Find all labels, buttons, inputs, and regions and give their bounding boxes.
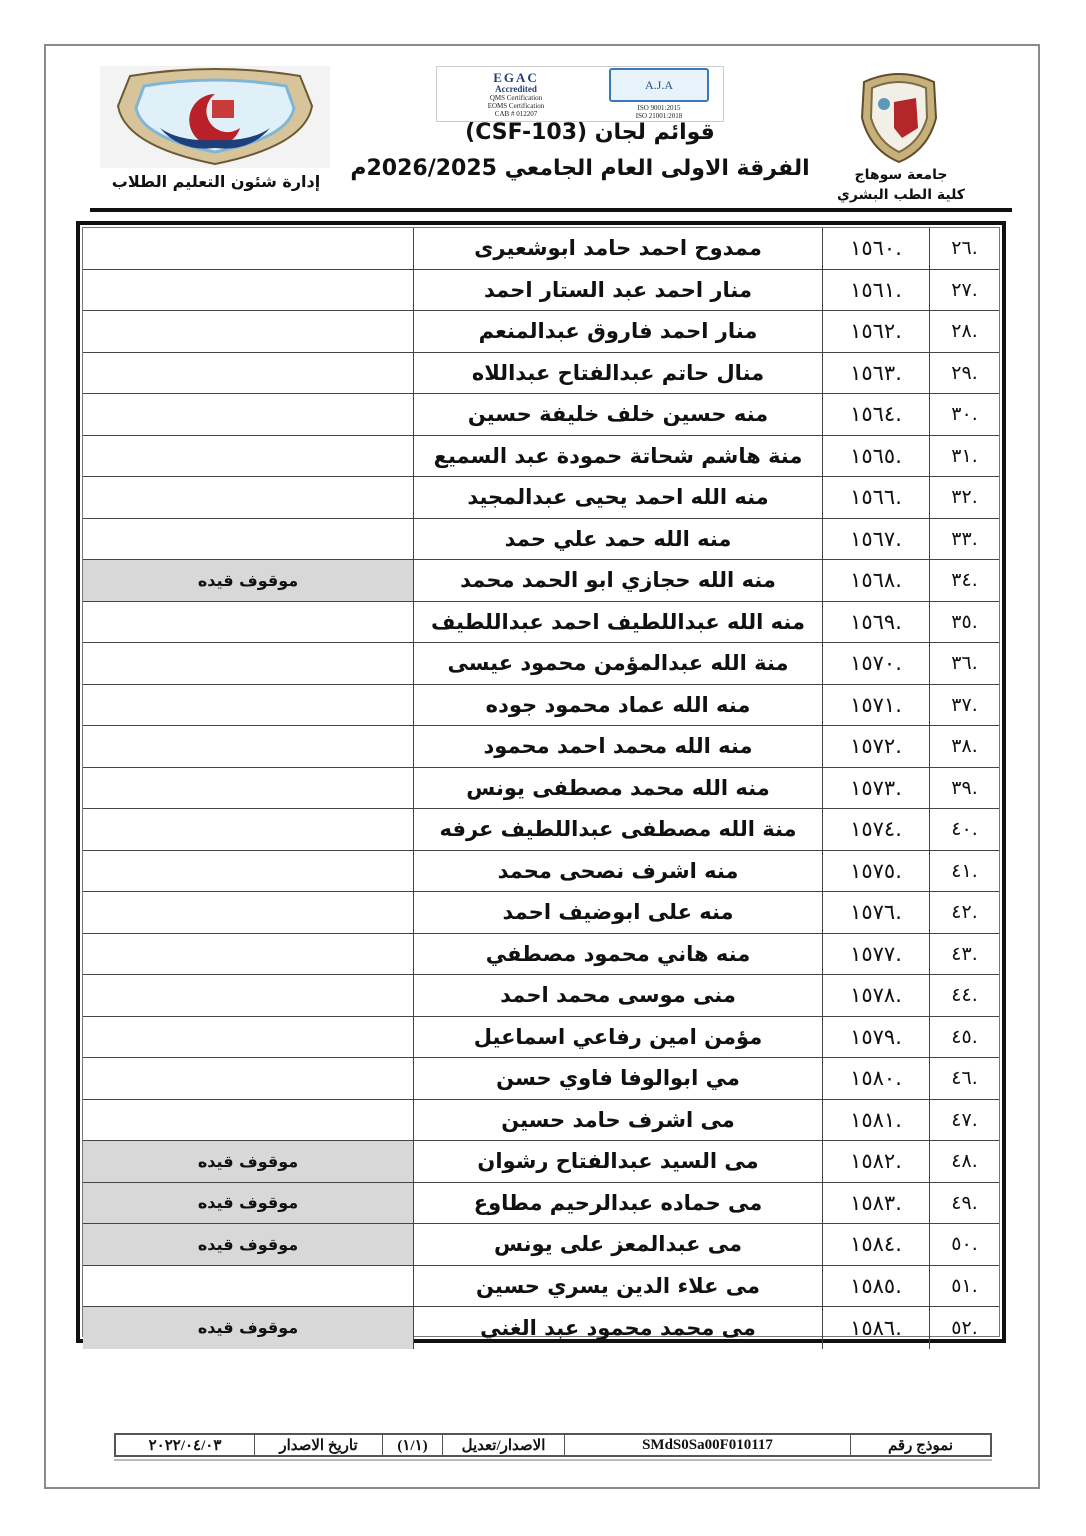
table-row: .٣٦.١٥٧٠منة الله عبدالمؤمن محمود عيسى bbox=[83, 643, 999, 685]
table-row: .٥١.١٥٨٥مى علاء الدين يسري حسين bbox=[83, 1266, 999, 1308]
row-index: .٢٦ bbox=[929, 228, 999, 269]
row-index: .٤٨ bbox=[929, 1141, 999, 1182]
row-index: .٣٤ bbox=[929, 560, 999, 601]
header-divider bbox=[90, 208, 1012, 212]
student-code: .١٥٦٢ bbox=[822, 311, 929, 352]
student-name: منى موسى محمد احمد bbox=[413, 975, 822, 1016]
student-code: .١٥٨٠ bbox=[822, 1058, 929, 1099]
row-index: .٤١ bbox=[929, 851, 999, 892]
page-title: قوائم لجان (CSF-103) bbox=[380, 120, 800, 145]
table-row: .٣٥.١٥٦٩منه الله عبداللطيف احمد عبداللطي… bbox=[83, 602, 999, 644]
egac-badge: EGAC Accredited QMS Certification EOMS C… bbox=[451, 71, 581, 118]
student-name: مى السيد عبدالفتاح رشوان bbox=[413, 1141, 822, 1182]
egac-line: EOMS Certification bbox=[451, 102, 581, 110]
table-row: .٤٠.١٥٧٤منة الله مصطفى عبداللطيف عرفه bbox=[83, 809, 999, 851]
roster-body: .٢٦.١٥٦٠ممدوح احمد حامد ابوشعيرى.٢٧.١٥٦١… bbox=[82, 227, 1000, 1337]
row-index: .٣٣ bbox=[929, 519, 999, 560]
row-index: .٣٢ bbox=[929, 477, 999, 518]
row-index: .٤٣ bbox=[929, 934, 999, 975]
accreditation-badges: EGAC Accredited QMS Certification EOMS C… bbox=[436, 66, 724, 122]
student-code: .١٥٦٧ bbox=[822, 519, 929, 560]
egac-line: QMS Certification bbox=[451, 94, 581, 102]
table-row: .٤٩.١٥٨٣مى حماده عبدالرحيم مطاوعموقوف قي… bbox=[83, 1183, 999, 1225]
student-code: .١٥٦١ bbox=[822, 270, 929, 311]
row-index: .٣٨ bbox=[929, 726, 999, 767]
student-code: .١٥٨٦ bbox=[822, 1307, 929, 1349]
student-name: منال حاتم عبدالفتاح عبداللاه bbox=[413, 353, 822, 394]
row-index: .٤٥ bbox=[929, 1017, 999, 1058]
status-cell bbox=[83, 1100, 413, 1141]
student-code: .١٥٦٠ bbox=[822, 228, 929, 269]
status-cell bbox=[83, 394, 413, 435]
student-code: .١٥٦٨ bbox=[822, 560, 929, 601]
student-code: .١٥٧٧ bbox=[822, 934, 929, 975]
aja-label: A.J.A bbox=[645, 81, 673, 89]
status-cell: موقوف قيده bbox=[83, 1307, 413, 1349]
student-code: .١٥٨٥ bbox=[822, 1266, 929, 1307]
status-cell bbox=[83, 934, 413, 975]
issue-date: ٢٠٢٢/٠٤/٠٣ bbox=[116, 1435, 254, 1455]
table-row: .٥٠.١٥٨٤مى عبدالمعز على يونسموقوف قيده bbox=[83, 1224, 999, 1266]
footer-divider bbox=[114, 1459, 992, 1461]
row-index: .٤٦ bbox=[929, 1058, 999, 1099]
row-index: .٣٦ bbox=[929, 643, 999, 684]
student-roster-table: .٢٦.١٥٦٠ممدوح احمد حامد ابوشعيرى.٢٧.١٥٦١… bbox=[76, 221, 1006, 1343]
page-subtitle: الفرقة الاولى العام الجامعي 2026/2025م bbox=[330, 156, 830, 181]
student-code: .١٥٧٢ bbox=[822, 726, 929, 767]
table-row: .٣٧.١٥٧١منه الله عماد محمود جوده bbox=[83, 685, 999, 727]
student-name: منة الله عبدالمؤمن محمود عيسى bbox=[413, 643, 822, 684]
student-code: .١٥٧٤ bbox=[822, 809, 929, 850]
row-index: .٢٨ bbox=[929, 311, 999, 352]
status-cell bbox=[83, 311, 413, 352]
student-name: منار احمد فاروق عبدالمنعم bbox=[413, 311, 822, 352]
status-cell bbox=[83, 975, 413, 1016]
student-code: .١٥٨١ bbox=[822, 1100, 929, 1141]
faculty-name: كلية الطب البشري bbox=[836, 185, 966, 205]
aja-badge: A.J.A ISO 9001:2015 ISO 21001:2018 bbox=[609, 68, 709, 120]
student-name: منه الله عبداللطيف احمد عبداللطيف bbox=[413, 602, 822, 643]
student-name: منه الله احمد يحيى عبدالمجيد bbox=[413, 477, 822, 518]
table-row: .٤٣.١٥٧٧منه هاني محمود مصطفي bbox=[83, 934, 999, 976]
status-cell bbox=[83, 726, 413, 767]
egac-line: CAB # 012207 bbox=[451, 110, 581, 118]
status-cell bbox=[83, 519, 413, 560]
student-name: منة الله مصطفى عبداللطيف عرفه bbox=[413, 809, 822, 850]
row-index: .٣٠ bbox=[929, 394, 999, 435]
table-row: .٤٧.١٥٨١مى اشرف حامد حسين bbox=[83, 1100, 999, 1142]
row-index: .٣١ bbox=[929, 436, 999, 477]
status-cell: موقوف قيده bbox=[83, 1141, 413, 1182]
form-number: SMdS0Sa00F010117 bbox=[564, 1435, 850, 1455]
row-index: .٢٩ bbox=[929, 353, 999, 394]
student-name: منه اشرف نصحى محمد bbox=[413, 851, 822, 892]
student-code: .١٥٧١ bbox=[822, 685, 929, 726]
table-row: .٤٢.١٥٧٦منه على ابوضيف احمد bbox=[83, 892, 999, 934]
table-row: .٣٢.١٥٦٦منه الله احمد يحيى عبدالمجيد bbox=[83, 477, 999, 519]
student-name: منه الله محمد احمد محمود bbox=[413, 726, 822, 767]
table-row: .٢٨.١٥٦٢منار احمد فاروق عبدالمنعم bbox=[83, 311, 999, 353]
issue-date-label: تاريخ الاصدار bbox=[254, 1435, 382, 1455]
table-row: .٣٠.١٥٦٤منه حسين خلف خليفة حسين bbox=[83, 394, 999, 436]
status-cell bbox=[83, 1266, 413, 1307]
status-cell bbox=[83, 809, 413, 850]
row-index: .٤٧ bbox=[929, 1100, 999, 1141]
status-cell bbox=[83, 1017, 413, 1058]
row-index: .٤٩ bbox=[929, 1183, 999, 1224]
student-code: .١٥٧٦ bbox=[822, 892, 929, 933]
student-name: مى حماده عبدالرحيم مطاوع bbox=[413, 1183, 822, 1224]
student-name: منه الله حجازي ابو الحمد محمد bbox=[413, 560, 822, 601]
status-cell: موقوف قيده bbox=[83, 1224, 413, 1265]
form-number-label: نموذج رقم bbox=[850, 1435, 990, 1455]
student-name: مؤمن امين رفاعي اسماعيل bbox=[413, 1017, 822, 1058]
table-row: .٢٧.١٥٦١منار احمد عبد الستار احمد bbox=[83, 270, 999, 312]
status-cell bbox=[83, 768, 413, 809]
student-name: مي ابوالوفا فاوي حسن bbox=[413, 1058, 822, 1099]
table-row: .٢٩.١٥٦٣منال حاتم عبدالفتاح عبداللاه bbox=[83, 353, 999, 395]
student-code: .١٥٦٦ bbox=[822, 477, 929, 518]
row-index: .٢٧ bbox=[929, 270, 999, 311]
status-cell bbox=[83, 270, 413, 311]
student-name: منه الله عماد محمود جوده bbox=[413, 685, 822, 726]
student-code: .١٥٦٤ bbox=[822, 394, 929, 435]
row-index: .٣٧ bbox=[929, 685, 999, 726]
status-cell: موقوف قيده bbox=[83, 560, 413, 601]
student-name: مى عبدالمعز على يونس bbox=[413, 1224, 822, 1265]
student-code: .١٥٧٣ bbox=[822, 768, 929, 809]
status-cell bbox=[83, 643, 413, 684]
egac-accredited-label: Accredited bbox=[451, 84, 581, 94]
student-name: منه هاني محمود مصطفي bbox=[413, 934, 822, 975]
status-cell bbox=[83, 602, 413, 643]
student-name: مى علاء الدين يسري حسين bbox=[413, 1266, 822, 1307]
table-row: .٤١.١٥٧٥منه اشرف نصحى محمد bbox=[83, 851, 999, 893]
row-index: .٤٤ bbox=[929, 975, 999, 1016]
table-row: .٣٨.١٥٧٢منه الله محمد احمد محمود bbox=[83, 726, 999, 768]
student-code: .١٥٦٣ bbox=[822, 353, 929, 394]
student-name: منه الله محمد مصطفى يونس bbox=[413, 768, 822, 809]
student-code: .١٥٧٨ bbox=[822, 975, 929, 1016]
student-code: .١٥٧٥ bbox=[822, 851, 929, 892]
table-row: .٣٩.١٥٧٣منه الله محمد مصطفى يونس bbox=[83, 768, 999, 810]
student-name: مى اشرف حامد حسين bbox=[413, 1100, 822, 1141]
sohag-university-logo bbox=[858, 68, 940, 164]
row-index: .٤٠ bbox=[929, 809, 999, 850]
table-row: .٣١.١٥٦٥منة هاشم شحاتة حمودة عبد السميع bbox=[83, 436, 999, 478]
student-name: ممدوح احمد حامد ابوشعيرى bbox=[413, 228, 822, 269]
department-caption: إدارة شئون التعليم الطلاب bbox=[96, 172, 336, 191]
status-cell bbox=[83, 892, 413, 933]
status-cell bbox=[83, 228, 413, 269]
table-row: .٤٨.١٥٨٢مى السيد عبدالفتاح رشوانموقوف قي… bbox=[83, 1141, 999, 1183]
table-row: .٣٤.١٥٦٨منه الله حجازي ابو الحمد محمدموق… bbox=[83, 560, 999, 602]
table-row: .٤٤.١٥٧٨منى موسى محمد احمد bbox=[83, 975, 999, 1017]
status-cell bbox=[83, 477, 413, 518]
student-code: .١٥٨٢ bbox=[822, 1141, 929, 1182]
status-cell bbox=[83, 685, 413, 726]
student-name: مى محمد محمود عبد الغني bbox=[413, 1307, 822, 1349]
status-cell bbox=[83, 353, 413, 394]
table-row: .٢٦.١٥٦٠ممدوح احمد حامد ابوشعيرى bbox=[83, 228, 999, 270]
student-code: .١٥٦٩ bbox=[822, 602, 929, 643]
row-index: .٤٢ bbox=[929, 892, 999, 933]
table-row: .٤٦.١٥٨٠مي ابوالوفا فاوي حسن bbox=[83, 1058, 999, 1100]
edition-label: الاصدار/تعديل bbox=[442, 1435, 564, 1455]
status-cell bbox=[83, 1058, 413, 1099]
student-code: .١٥٨٤ bbox=[822, 1224, 929, 1265]
globe-icon: A.J.A bbox=[609, 68, 709, 102]
row-index: .٥٢ bbox=[929, 1307, 999, 1349]
student-code: .١٥٨٣ bbox=[822, 1183, 929, 1224]
form-footer: نموذج رقم SMdS0Sa00F010117 الاصدار/تعديل… bbox=[114, 1433, 992, 1457]
table-row: .٣٣.١٥٦٧منه الله حمد علي حمد bbox=[83, 519, 999, 561]
row-index: .٣٩ bbox=[929, 768, 999, 809]
table-row: .٤٥.١٥٧٩مؤمن امين رفاعي اسماعيل bbox=[83, 1017, 999, 1059]
egac-label: EGAC bbox=[451, 71, 581, 84]
table-row: .٥٢.١٥٨٦مى محمد محمود عبد الغنيموقوف قيد… bbox=[83, 1307, 999, 1349]
row-index: .٣٥ bbox=[929, 602, 999, 643]
faculty-of-medicine-logo bbox=[100, 66, 330, 168]
student-name: منار احمد عبد الستار احمد bbox=[413, 270, 822, 311]
row-index: .٥٠ bbox=[929, 1224, 999, 1265]
status-cell bbox=[83, 851, 413, 892]
student-name: منه على ابوضيف احمد bbox=[413, 892, 822, 933]
student-name: منة هاشم شحاتة حمودة عبد السميع bbox=[413, 436, 822, 477]
student-name: منه حسين خلف خليفة حسين bbox=[413, 394, 822, 435]
aja-line: ISO 9001:2015 bbox=[609, 104, 709, 112]
status-cell bbox=[83, 436, 413, 477]
student-code: .١٥٧٩ bbox=[822, 1017, 929, 1058]
edition-value: (١/١) bbox=[382, 1435, 442, 1455]
student-code: .١٥٧٠ bbox=[822, 643, 929, 684]
university-name: جامعة سوهاج bbox=[836, 165, 966, 185]
student-code: .١٥٦٥ bbox=[822, 436, 929, 477]
student-name: منه الله حمد علي حمد bbox=[413, 519, 822, 560]
row-index: .٥١ bbox=[929, 1266, 999, 1307]
aja-line: ISO 21001:2018 bbox=[609, 112, 709, 120]
status-cell: موقوف قيده bbox=[83, 1183, 413, 1224]
university-caption: جامعة سوهاج كلية الطب البشري bbox=[836, 165, 966, 205]
